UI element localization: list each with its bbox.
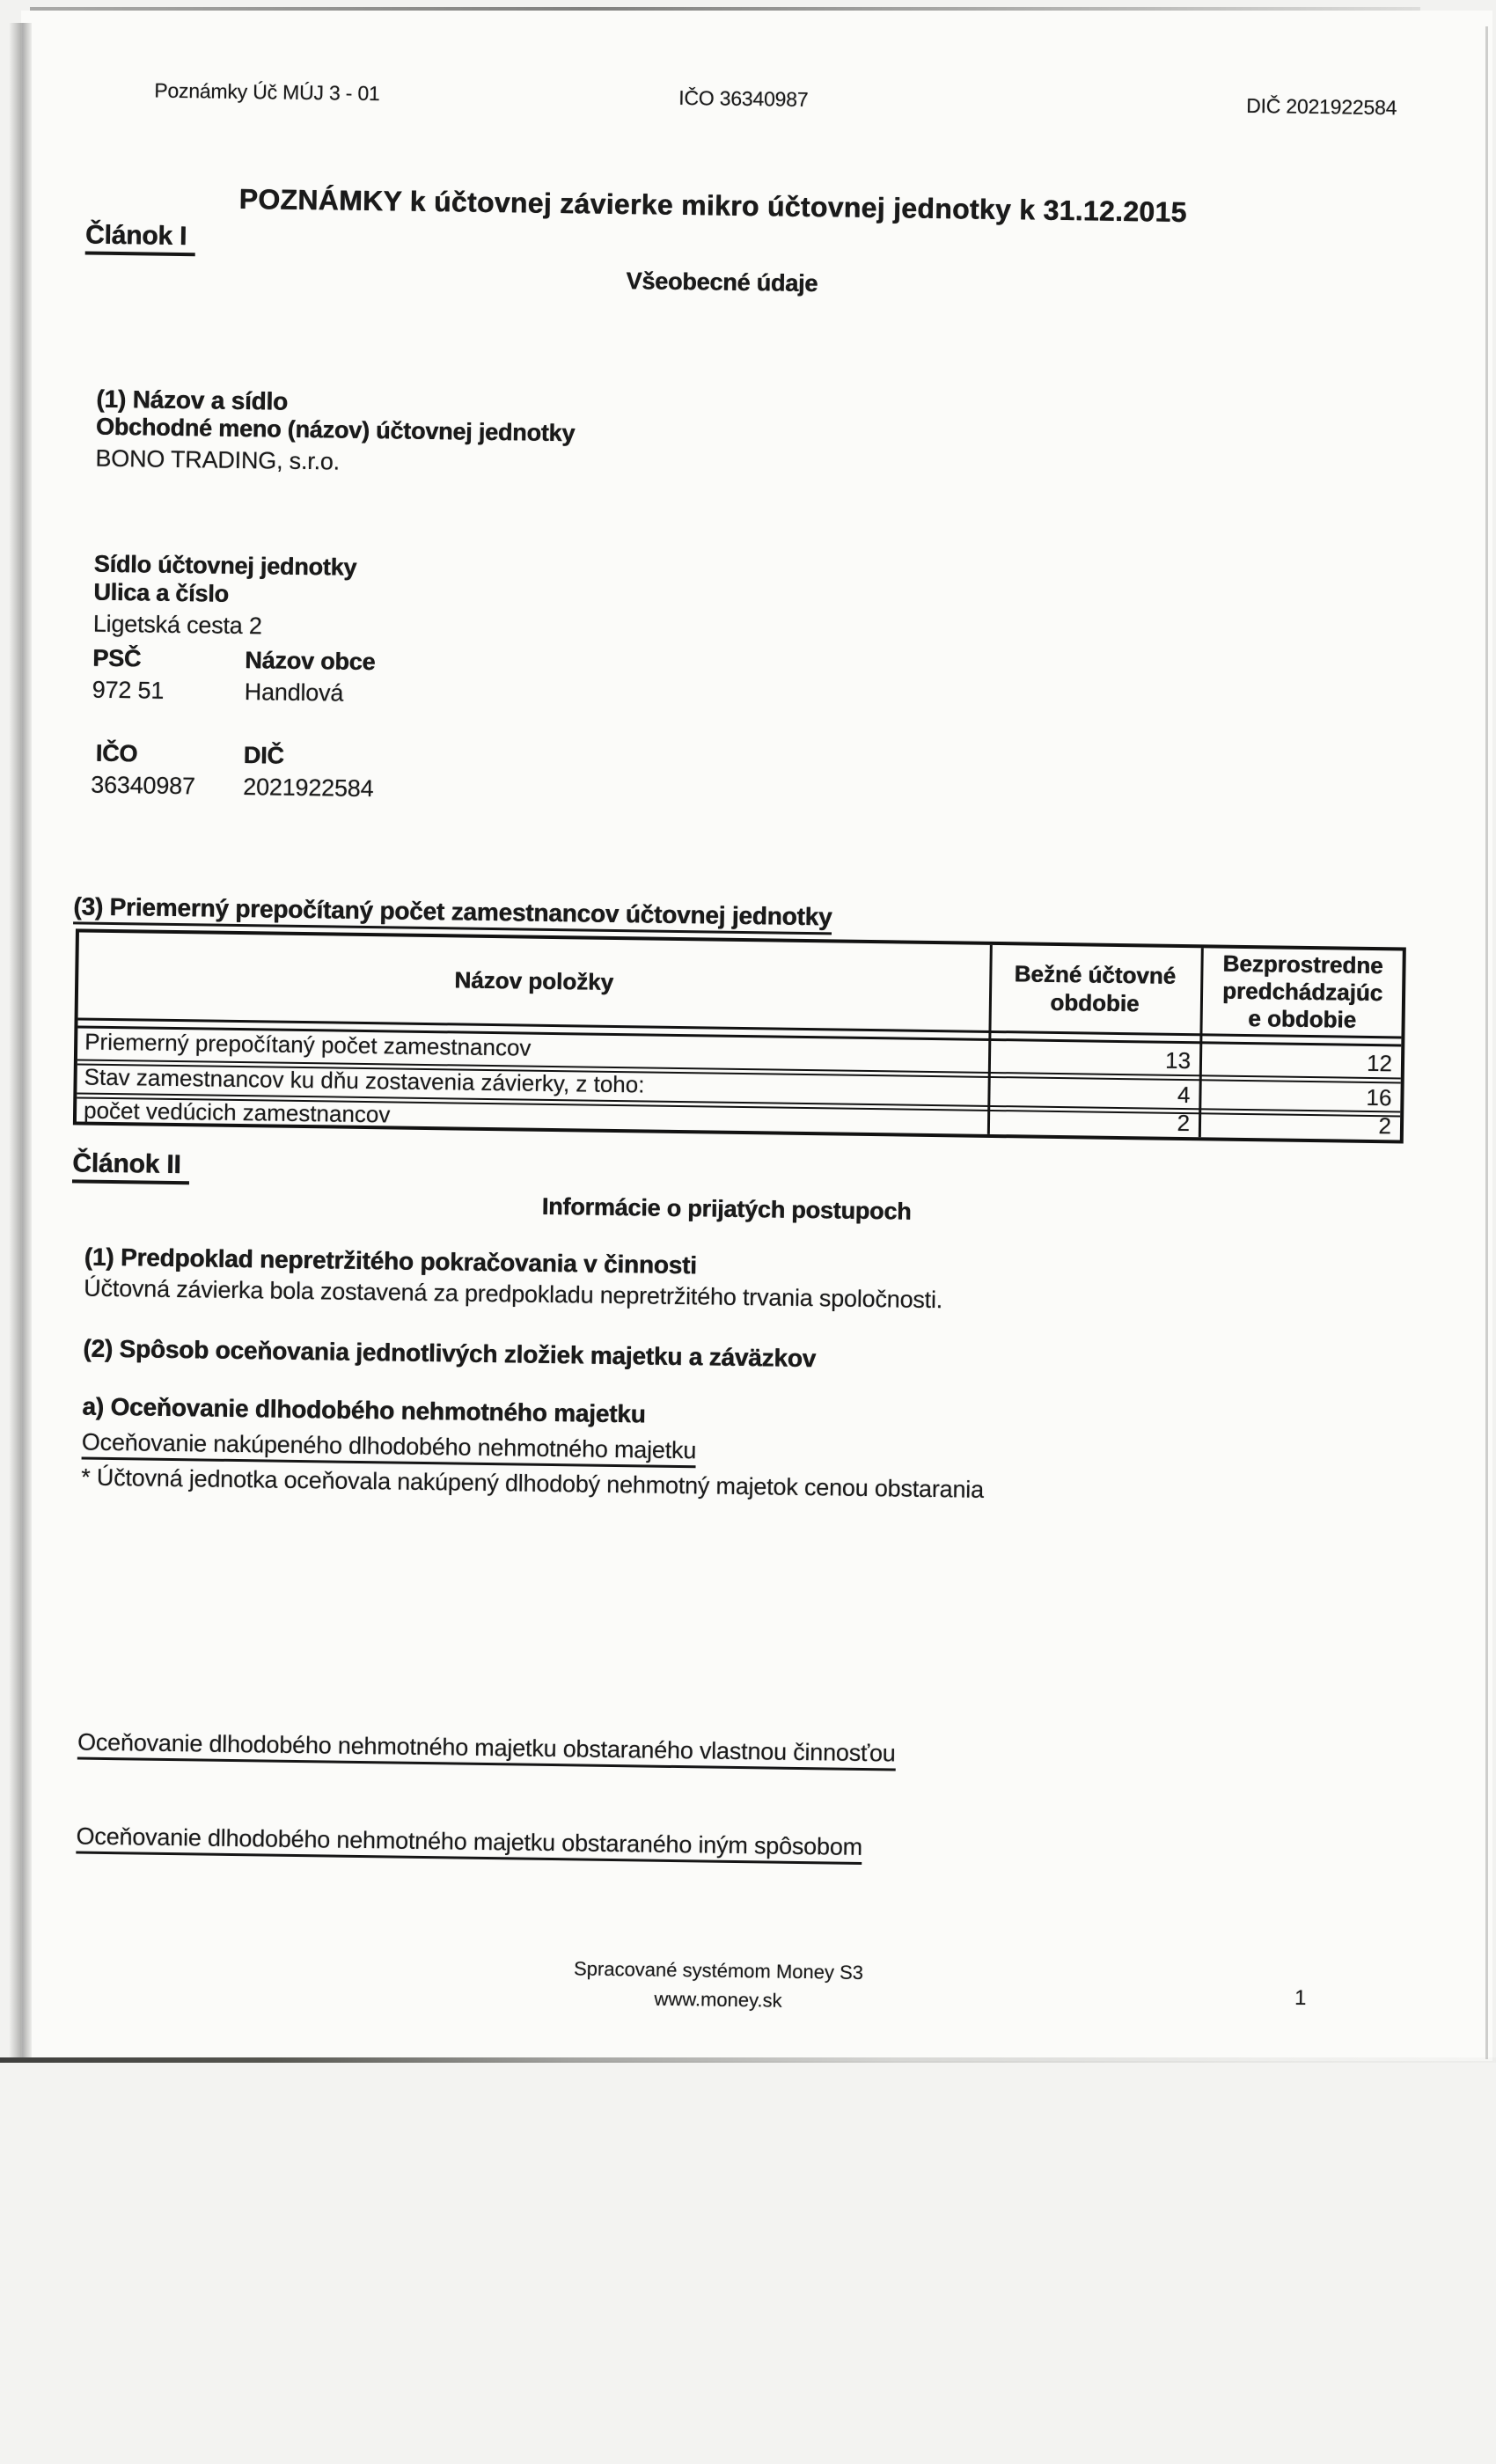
going-concern-text: Účtovná závierka bola zostavená za predp… (84, 1275, 942, 1315)
form-code: Poznámky Úč MÚJ 3 - 01 (154, 79, 380, 106)
article-1-label: Článok I (85, 220, 196, 256)
ico-label: IČO (96, 740, 138, 768)
city-label: Názov obce (245, 647, 375, 676)
document-page: Poznámky Úč MÚJ 3 - 01 IČO 36340987 DIČ … (21, 11, 1492, 2061)
page-content: Poznámky Úč MÚJ 3 - 01 IČO 36340987 DIČ … (21, 11, 1492, 2061)
psc-label: PSČ (92, 645, 141, 673)
dic-label: DIČ (244, 742, 284, 770)
business-name-value: BONO TRADING, s.r.o. (95, 445, 340, 476)
document-title: POZNÁMKY k účtovnej závierke mikro účtov… (238, 183, 1187, 229)
ico-header: IČO 36340987 (678, 86, 809, 112)
street-label: Ulica a číslo (93, 579, 229, 608)
table-row: Priemerný prepočítaný počet zamestnancov… (79, 932, 1403, 950)
section-1-heading: (1) Názov a sídlo (96, 385, 288, 416)
other-method-subheading: Oceňovanie dlhodobého nehmotného majetku… (76, 1823, 862, 1865)
row-current-value: 2 (987, 1107, 1199, 1137)
own-activity-subheading: Oceňovanie dlhodobého nehmotného majetku… (77, 1729, 896, 1771)
city-value: Handlová (245, 678, 344, 708)
row-current-value: 13 (988, 1045, 1199, 1074)
ico-value: 36340987 (91, 772, 195, 801)
footer-processed-by: Spracované systémom Money S3 (346, 1954, 1090, 1988)
intangibles-heading: a) Oceňovanie dlhodobého nehmotného maje… (82, 1393, 646, 1429)
dic-header: DIČ 2021922584 (1246, 94, 1397, 120)
street-value: Ligetská cesta 2 (93, 611, 262, 641)
scanned-document-canvas: Poznámky Úč MÚJ 3 - 01 IČO 36340987 DIČ … (0, 0, 1496, 2464)
employees-table: Názov položky Bežné účtovné obdobie Bezp… (73, 928, 1406, 1143)
table-col3-header: Bezprostredne predchádzajúc e obdobie (1202, 950, 1402, 1034)
business-name-label: Obchodné meno (názov) účtovnej jednotky (96, 414, 576, 448)
table-col1-header: Názov položky (78, 961, 989, 1001)
procedures-heading: Informácie o prijatých postupoch (356, 1191, 1096, 1228)
dic-value: 2021922584 (243, 774, 374, 803)
valuation-heading: (2) Spôsob oceňovania jednotlivých zloži… (83, 1335, 816, 1374)
row-previous-value: 16 (1201, 1082, 1400, 1111)
table-row: počet vedúcich zamestnancov 2 2 (79, 932, 1403, 950)
purchased-intangibles-subheading: Oceňovanie nakúpeného dlhodobého nehmotn… (82, 1429, 697, 1469)
footer-website: www.money.sk (346, 1984, 1090, 2017)
table-col2-header: Bežné účtovné obdobie (989, 959, 1201, 1018)
section-3-heading: (3) Priemerný prepočítaný počet zamestna… (73, 892, 832, 935)
row-previous-value: 2 (1201, 1110, 1400, 1140)
row-previous-value: 12 (1202, 1047, 1401, 1077)
scanner-background (0, 2063, 1496, 2464)
row-current-value: 4 (987, 1079, 1199, 1109)
table-row: Stav zamestnancov ku dňu zostavenia závi… (79, 932, 1403, 950)
page-left-edge-shadow (9, 23, 32, 2061)
going-concern-heading: (1) Predpoklad nepretržitého pokračovani… (84, 1243, 697, 1280)
article-2-label: Článok II (72, 1148, 190, 1184)
seat-label: Sídlo účtovnej jednotky (94, 551, 357, 582)
valuation-note: * Účtovná jednotka oceňovala nakúpený dl… (81, 1464, 984, 1504)
general-info-heading: Všeobecné údaje (352, 264, 1091, 302)
psc-value: 972 51 (92, 677, 165, 705)
page-right-edge-line (1485, 26, 1488, 2059)
row-label: počet vedúcich zamestnancov (84, 1097, 391, 1129)
row-label: Priemerný prepočítaný počet zamestnancov (84, 1029, 532, 1062)
page-number: 1 (1294, 1986, 1307, 2011)
